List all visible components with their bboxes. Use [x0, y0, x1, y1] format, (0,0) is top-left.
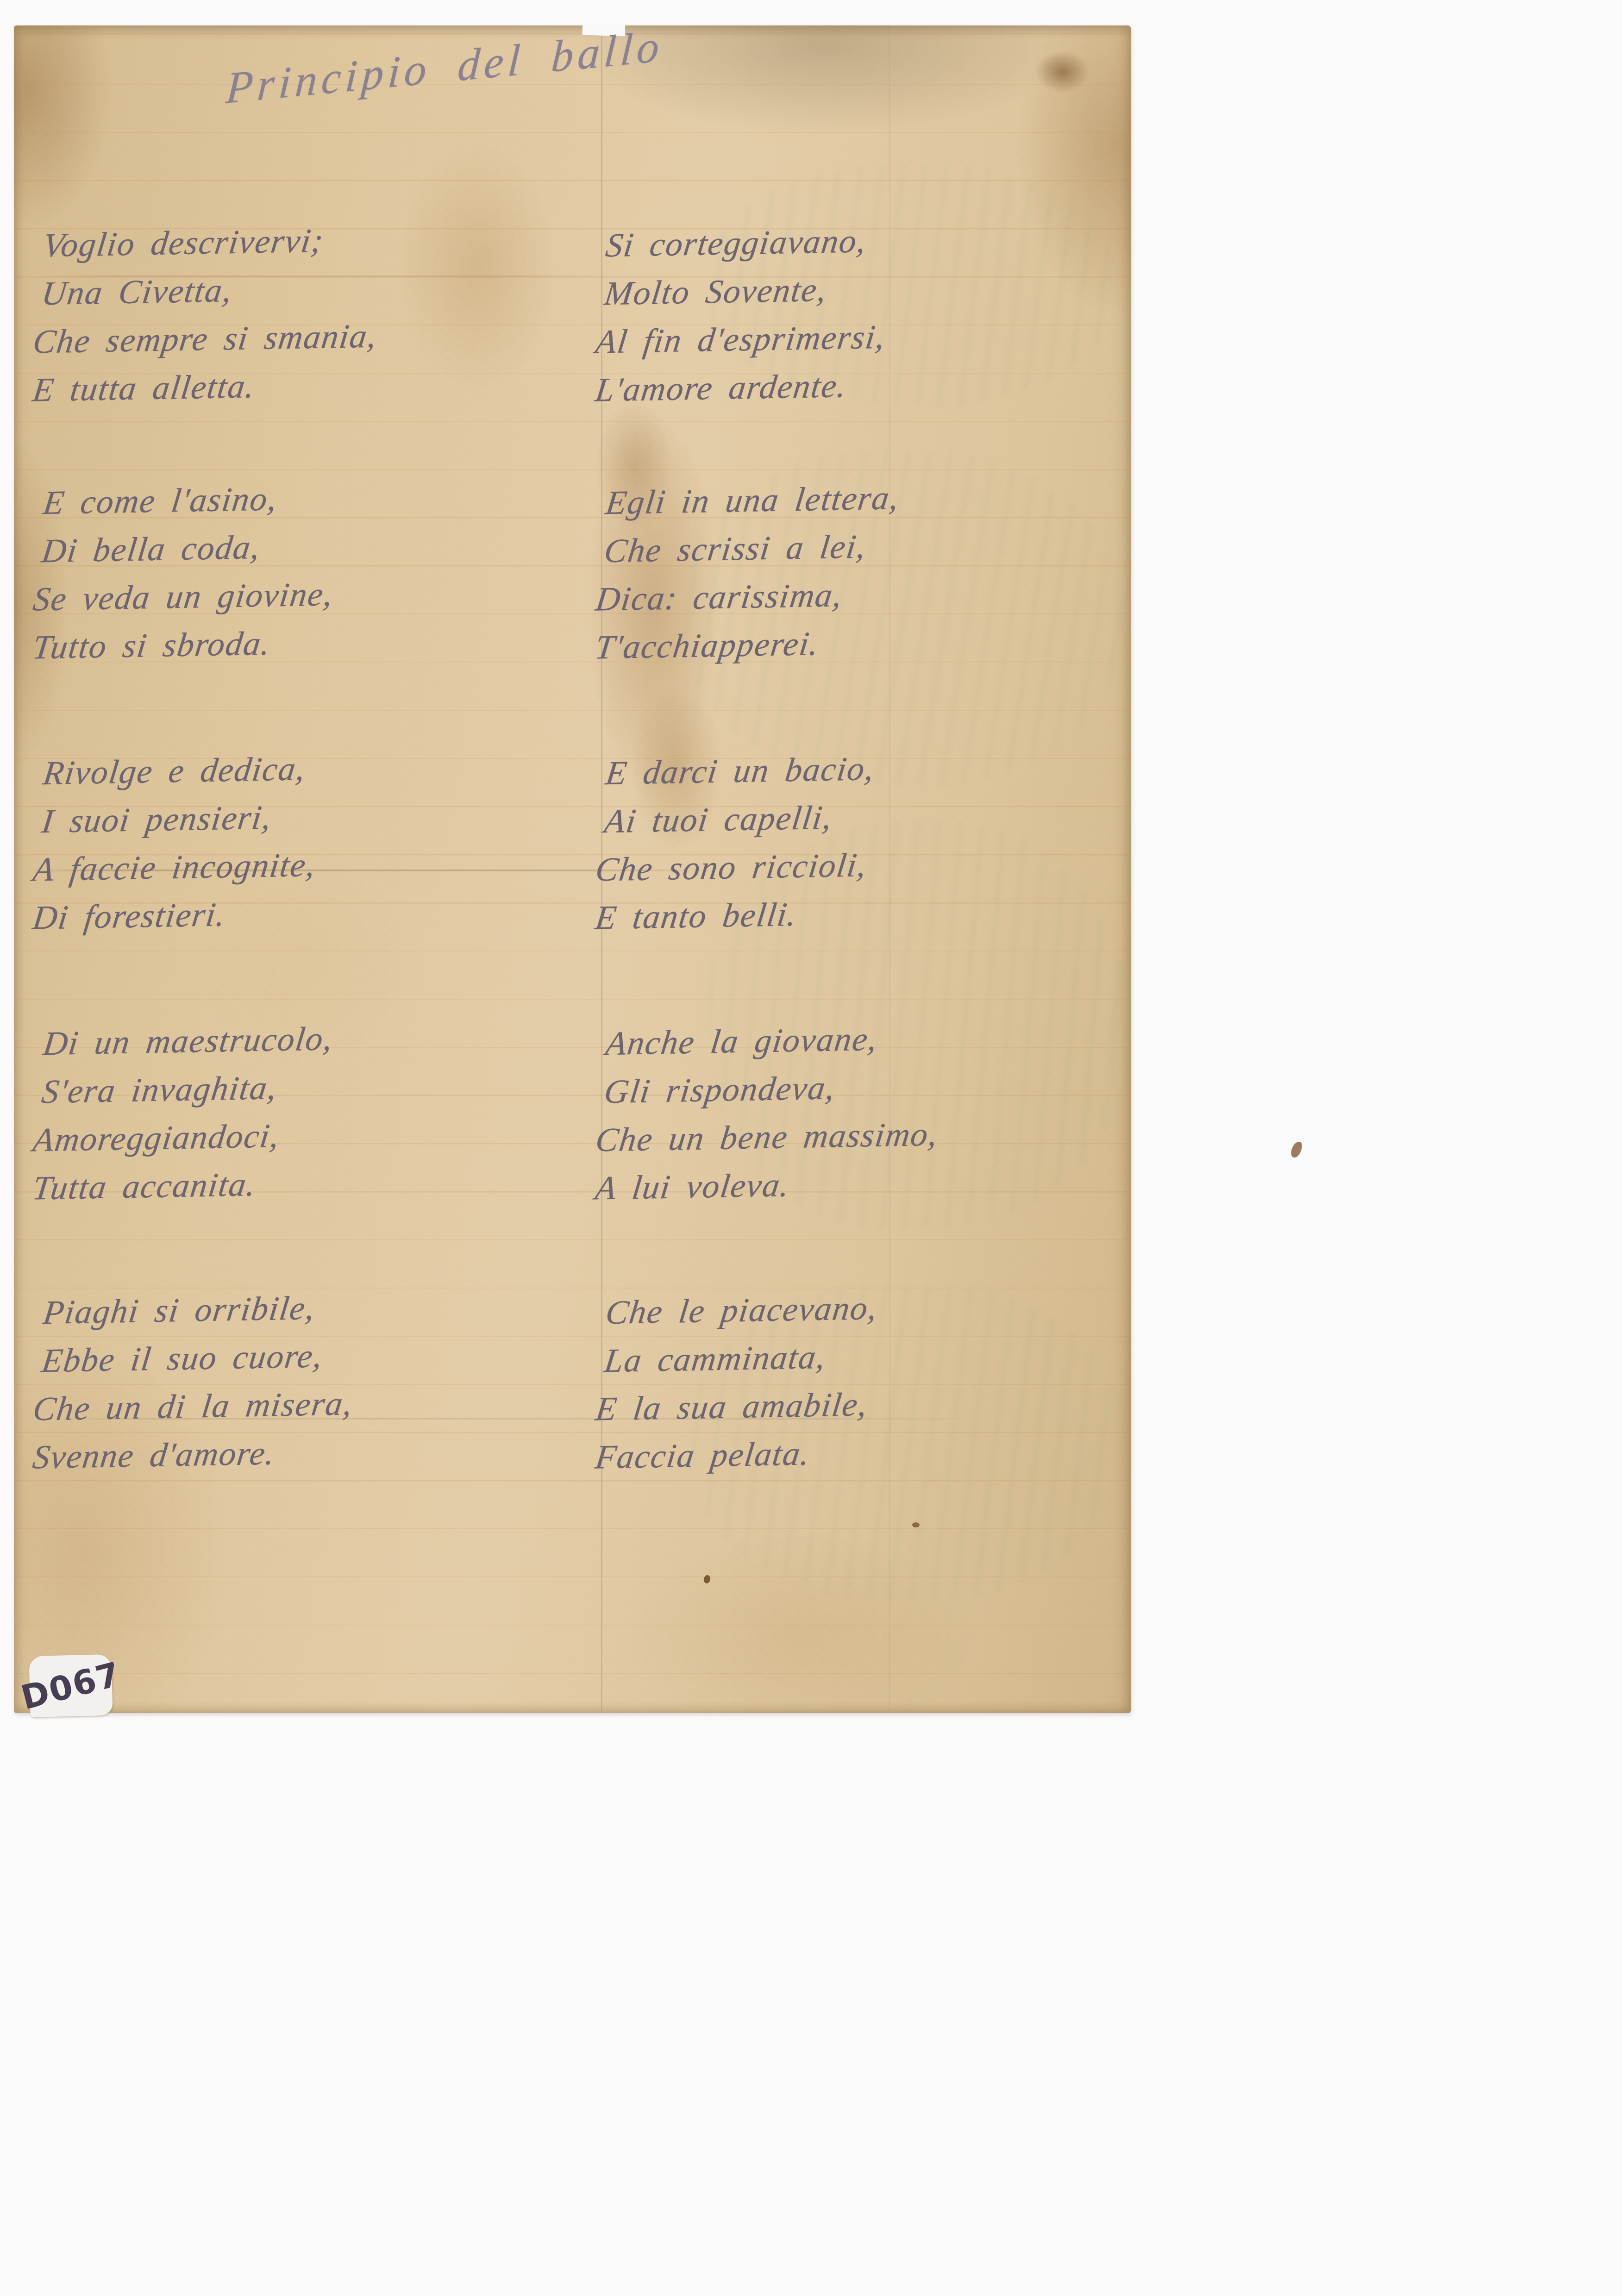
poem-line: Egli in una lettera,	[603, 474, 902, 527]
poem-line: Rivolge e dedica,	[40, 744, 331, 797]
stanza-1-right-column: Si corteggiavano, Molto Sovente, Al fin …	[585, 216, 900, 414]
scanner-background: Principio del ballo Voglio descrivervi; …	[0, 0, 1622, 2296]
paper-speck	[703, 1574, 711, 1584]
archive-label-text: D067	[17, 1654, 125, 1717]
poem-line: E tanto belli.	[593, 889, 864, 942]
poem-title: Principio del ballo	[225, 20, 665, 114]
stanza-4-left-column: Di un maestrucolo, S'era invaghita, Amor…	[23, 1014, 336, 1213]
poem-line: Gli rispondeva,	[601, 1062, 947, 1116]
poem-line: Se veda un giovine,	[31, 570, 336, 624]
poem-line: Faccia pelata.	[593, 1428, 865, 1481]
poem-line: Che un di la misera,	[31, 1379, 356, 1433]
poem-line: I suoi pensieri,	[39, 793, 325, 846]
stanza-4-right-column: Anche la giovane, Gli rispondeva, Che un…	[585, 1013, 953, 1213]
poem-line: Svenne d'amore.	[30, 1428, 350, 1482]
poem-line: Che un bene massimo,	[593, 1110, 941, 1164]
background-speck	[1290, 1140, 1303, 1159]
stanza-1-left-column: Voglio descrivervi; Una Civetta, Che sem…	[23, 215, 392, 414]
poem-line: A faccie incognite,	[31, 841, 319, 894]
poem-line: E tutta alletta.	[30, 360, 374, 414]
poem-line: L'amore ardente.	[593, 361, 883, 414]
poem-line: Una Civetta,	[39, 263, 386, 318]
poem-line: Di forestieri.	[30, 889, 313, 942]
poem-line: La camminata,	[601, 1332, 877, 1385]
stanza-3-right-column: E darci un bacio, Ai tuoi capelli, Che s…	[585, 744, 882, 942]
stanza-2-right-column: Egli in una lettera, Che scrissi a lei, …	[585, 474, 902, 672]
poem-line: Che le piacevano,	[603, 1284, 883, 1337]
poem-line: E come l'asino,	[40, 474, 348, 527]
poem-line: Di bella coda,	[39, 522, 342, 575]
stanza-5-right-column: Che le piacevano, La camminata, E la sua…	[585, 1284, 883, 1482]
poem-line: Ebbe il suo cuore,	[39, 1331, 362, 1385]
poem-line: Molto Sovente,	[601, 264, 894, 318]
poem-line: Di un maestrucolo,	[40, 1014, 336, 1068]
poem-line: T'acchiapperei.	[593, 619, 884, 672]
poem-line: Ai tuoi capelli,	[601, 793, 876, 845]
poem-line: Al fin d'esprimersi,	[593, 313, 889, 366]
poem-line: Amoreggiandoci,	[31, 1111, 324, 1164]
poem-line: Che sono riccioli,	[593, 841, 870, 894]
poem-line: E la sua amabile,	[593, 1380, 871, 1433]
stanza-5-left-column: Piaghi si orribile, Ebbe il suo cuore, C…	[23, 1283, 368, 1482]
poem-line: Si corteggiavano,	[603, 216, 900, 269]
poem-line: S'era invaghita,	[39, 1063, 330, 1116]
manuscript-page: Principio del ballo Voglio descrivervi; …	[14, 25, 1131, 1713]
poem-line: A lui voleva.	[593, 1158, 935, 1213]
stanza-2-left-column: E come l'asino, Di bella coda, Se veda u…	[23, 474, 348, 672]
poem-line: Dica: carissima,	[593, 570, 890, 623]
poem-line: Che scrissi a lei,	[601, 522, 896, 575]
stanza-3-left-column: Rivolge e dedica, I suoi pensieri, A fac…	[23, 744, 331, 942]
poem-line: Voglio descrivervi;	[40, 215, 392, 269]
poem-line: Tutta accanita.	[30, 1159, 318, 1213]
poem-line: Che sempre si smania,	[31, 312, 380, 366]
archive-label: D067	[29, 1654, 113, 1718]
poem-line: Tutto si sbroda.	[30, 618, 330, 671]
poem-line: E darci un bacio,	[603, 744, 882, 798]
poem-line: Piaghi si orribile,	[40, 1283, 368, 1337]
poem-line: Anche la giovane,	[603, 1013, 953, 1068]
paper-speck	[912, 1522, 920, 1527]
